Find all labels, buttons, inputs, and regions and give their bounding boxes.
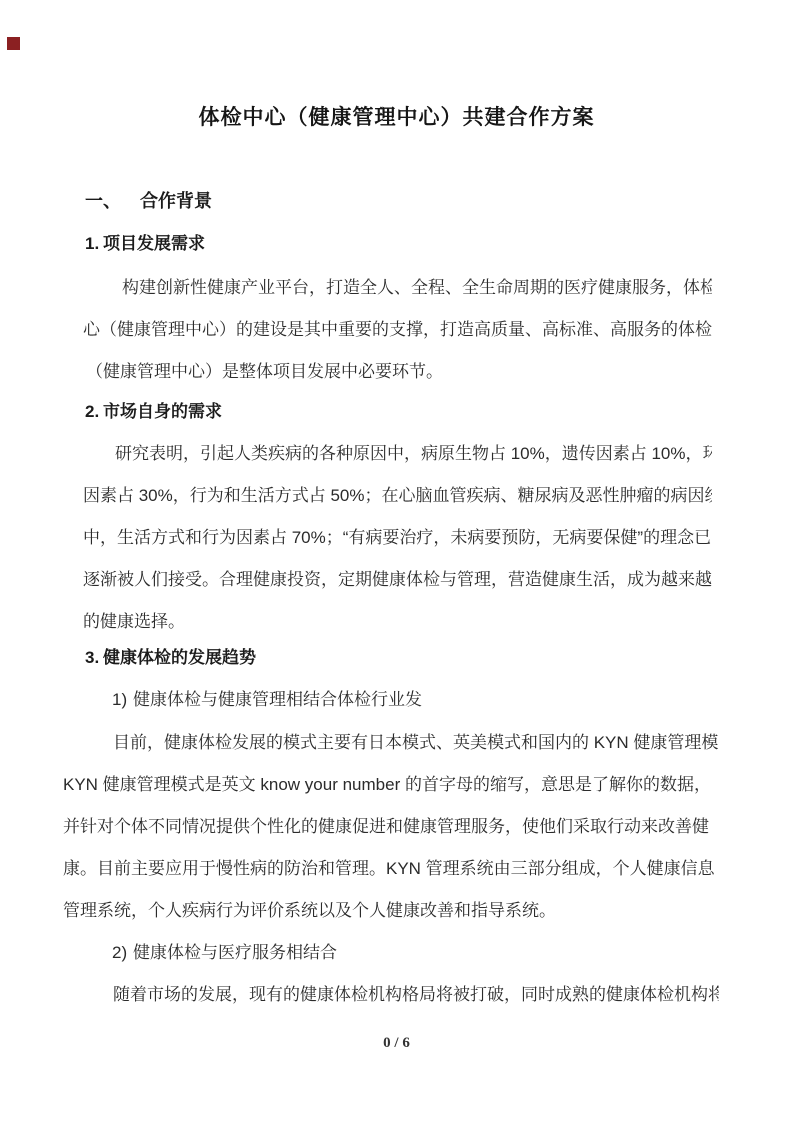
paragraph-line: 随着市场的发展，现有的健康体检机构格局将被打破，同时成熟的健康体检机构将进 <box>113 983 719 1006</box>
paragraph-line: 目前，健康体检发展的模式主要有日本模式、英美模式和国内的 KYN 健康管理模式。 <box>113 731 719 754</box>
paragraph-line: 构建创新性健康产业平台，打造全人、全程、全生命周期的医疗健康服务，体检中 <box>122 276 712 299</box>
heading-number: 1. <box>85 232 103 255</box>
heading-number: 3. <box>85 646 103 669</box>
paragraph-line: 的健康选择。 <box>83 610 712 633</box>
paragraph-line: 康。目前主要应用于慢性病的防治和管理。KYN 管理系统由三部分组成，个人健康信息 <box>63 857 714 880</box>
paragraph-line: （健康管理中心）是整体项目发展中必要环节。 <box>86 360 712 383</box>
paragraph-line: 逐渐被人们接受。合理健康投资，定期健康体检与管理，营造健康生活，成为越来越多人 <box>83 568 712 591</box>
red-corner-mark <box>7 37 20 50</box>
subitem-label: 健康体检与健康管理相结合体检行业发 <box>133 690 422 709</box>
section-heading-trend: 3.健康体检的发展趋势 <box>85 646 256 669</box>
heading-number: 一、 <box>85 190 140 213</box>
heading-number: 2. <box>85 400 103 423</box>
paragraph-line: 中，生活方式和行为因素占 70%；“有病要治疗，未病要预防，无病要保健”的理念已 <box>83 526 712 549</box>
section-heading-market-demand: 2.市场自身的需求 <box>85 400 222 423</box>
paragraph-line: 研究表明，引起人类疾病的各种原因中，病原生物占 10%，遗传因素占 10%，环境 <box>115 442 712 465</box>
paragraph-line: 管理系统，个人疾病行为评价系统以及个人健康改善和指导系统。 <box>63 899 714 922</box>
subitem-label: 健康体检与医疗服务相结合 <box>133 943 337 962</box>
subitem-number: 1) <box>112 688 133 711</box>
section-heading-background: 一、合作背景 <box>85 190 212 213</box>
footer-page-number: 0 / 6 <box>0 1035 793 1052</box>
paragraph-line: KYN 健康管理模式是英文 know your number 的首字母的缩写，意… <box>63 773 714 796</box>
document-page: 体检中心（健康管理中心）共建合作方案 一、合作背景 1.项目发展需求 构建创新性… <box>0 0 793 1122</box>
heading-label: 合作背景 <box>140 191 212 211</box>
section-heading-project-demand: 1.项目发展需求 <box>85 232 205 255</box>
paragraph-line: 并针对个体不同情况提供个性化的健康促进和健康管理服务，使他们采取行动来改善健 <box>63 815 714 838</box>
subitem-number: 2) <box>112 941 133 964</box>
heading-label: 项目发展需求 <box>103 234 205 253</box>
page-title: 体检中心（健康管理中心）共建合作方案 <box>0 101 793 131</box>
paragraph-line: 心（健康管理中心）的建设是其中重要的支撑，打造高质量、高标准、高服务的体检中 <box>83 318 712 341</box>
subitem-heading-1: 1)健康体检与健康管理相结合体检行业发 <box>112 688 422 711</box>
subitem-heading-2: 2)健康体检与医疗服务相结合 <box>112 941 337 964</box>
heading-label: 健康体检的发展趋势 <box>103 648 256 667</box>
paragraph-line: 因素占 30%，行为和生活方式占 50%；在心脑血管疾病、糖尿病及恶性肿瘤的病因… <box>83 484 712 507</box>
heading-label: 市场自身的需求 <box>103 402 222 421</box>
